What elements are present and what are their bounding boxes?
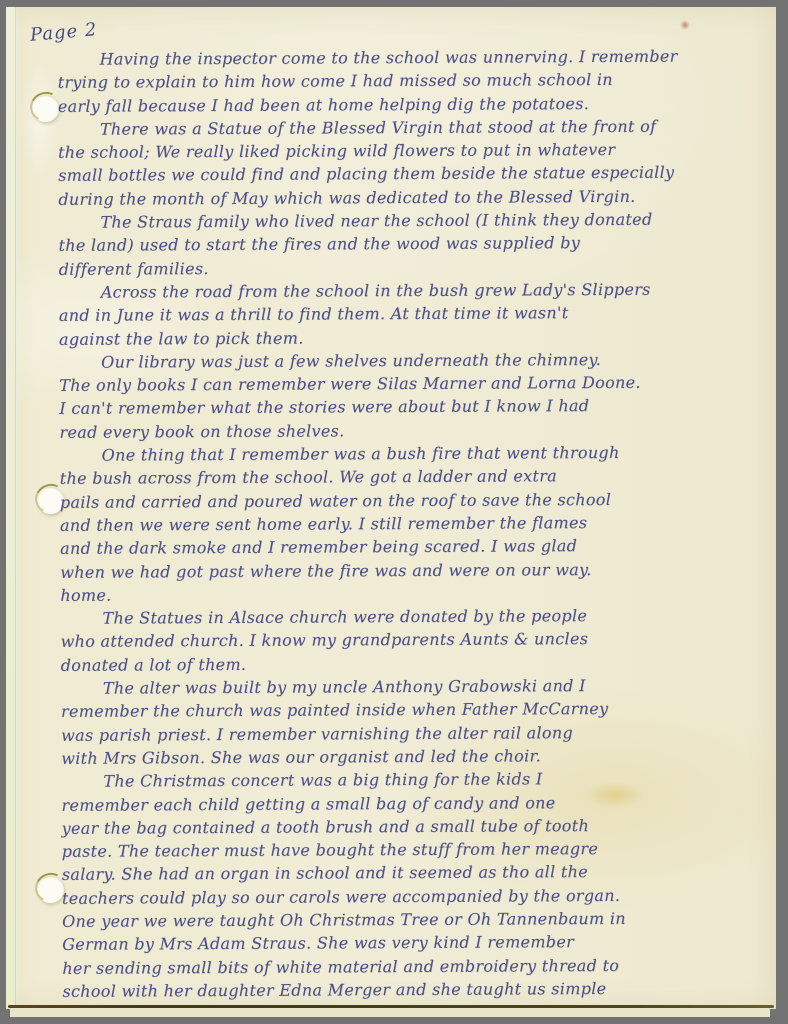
handwritten-text-body: Having the inspector come to the school … — [58, 44, 763, 1003]
paper-left-edge — [6, 7, 16, 1009]
handwriting-line: Having the inspector come to the school … — [58, 44, 758, 71]
underlying-page-strip — [10, 1008, 770, 1017]
handwriting-line: There was a Statue of the Blessed Virgin… — [58, 114, 758, 141]
punch-hole-top — [32, 95, 59, 122]
punch-hole-bottom — [37, 876, 64, 903]
scanned-page: Page 2 Having the inspector come to the … — [0, 0, 788, 1024]
handwriting-line: school with her daughter Edna Merger and… — [62, 976, 762, 1003]
handwriting-line: small bottles we could find and placing … — [58, 161, 758, 188]
